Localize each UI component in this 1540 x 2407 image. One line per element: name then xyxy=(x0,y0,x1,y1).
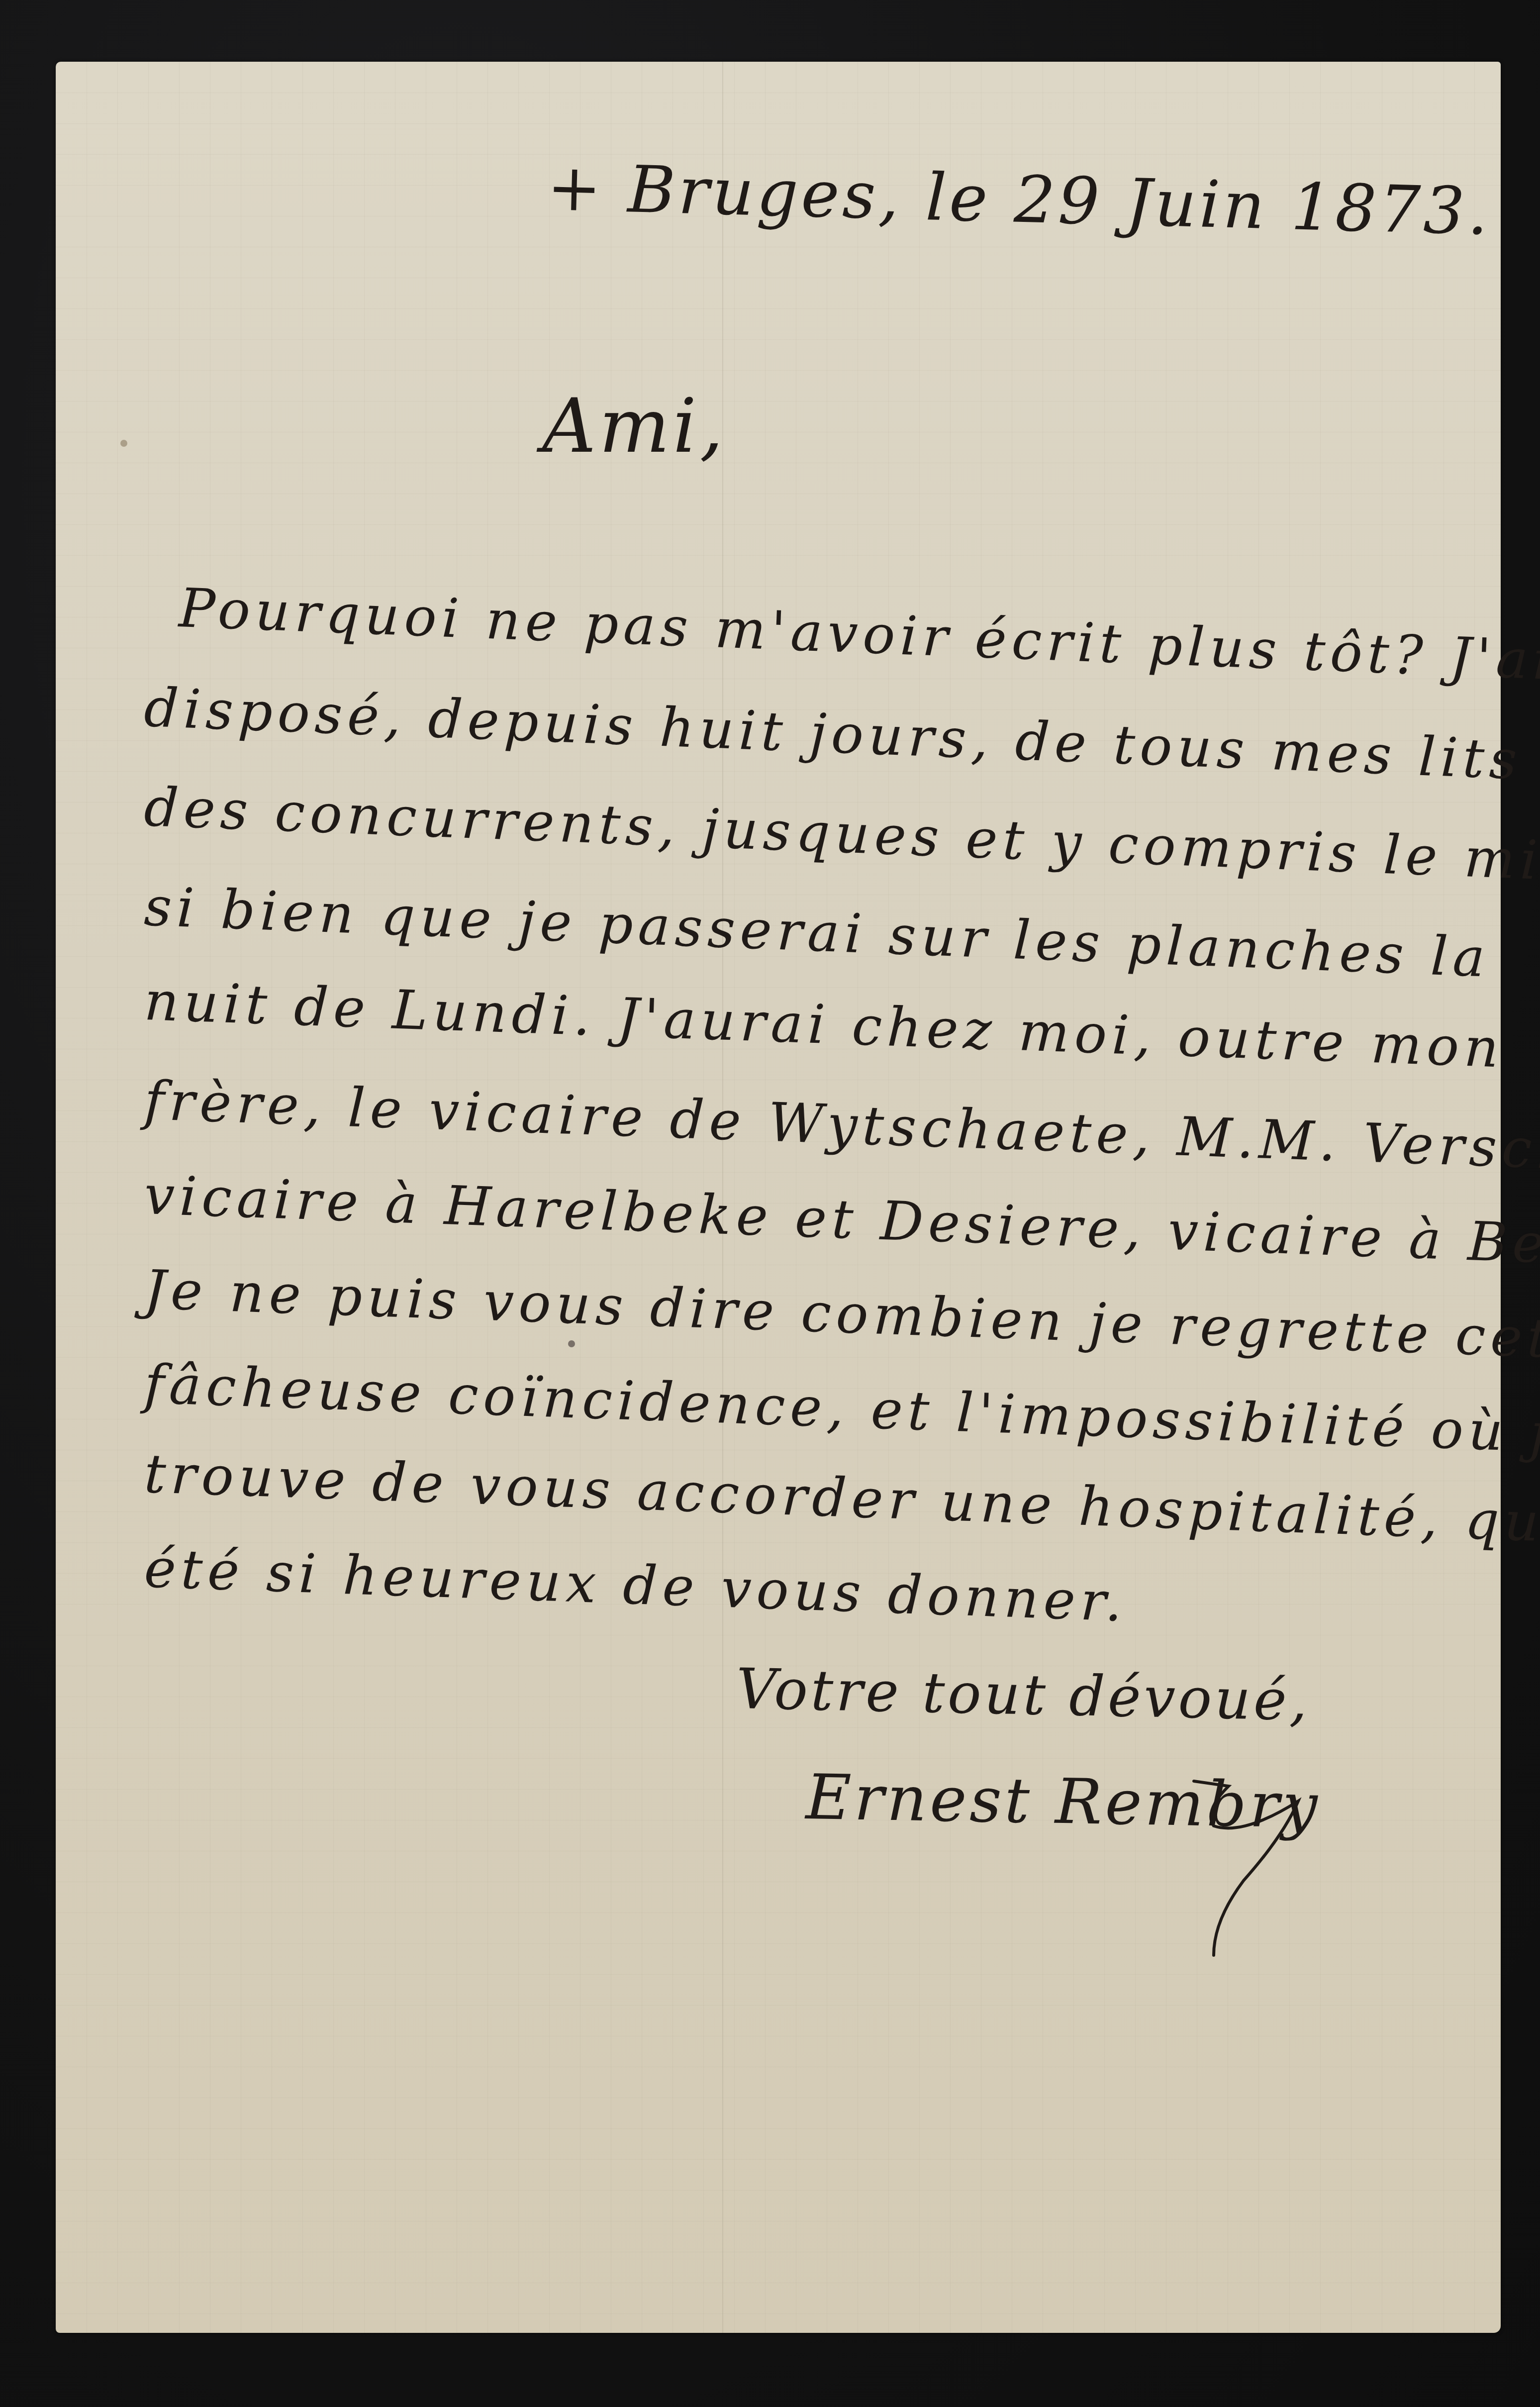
paper-stain xyxy=(120,440,127,447)
ink-dot xyxy=(568,1340,575,1347)
salutation: Ami, xyxy=(542,383,726,470)
signature-flourish-icon xyxy=(1184,1771,1343,1960)
closing: Votre tout dévoué, xyxy=(736,1657,1311,1733)
